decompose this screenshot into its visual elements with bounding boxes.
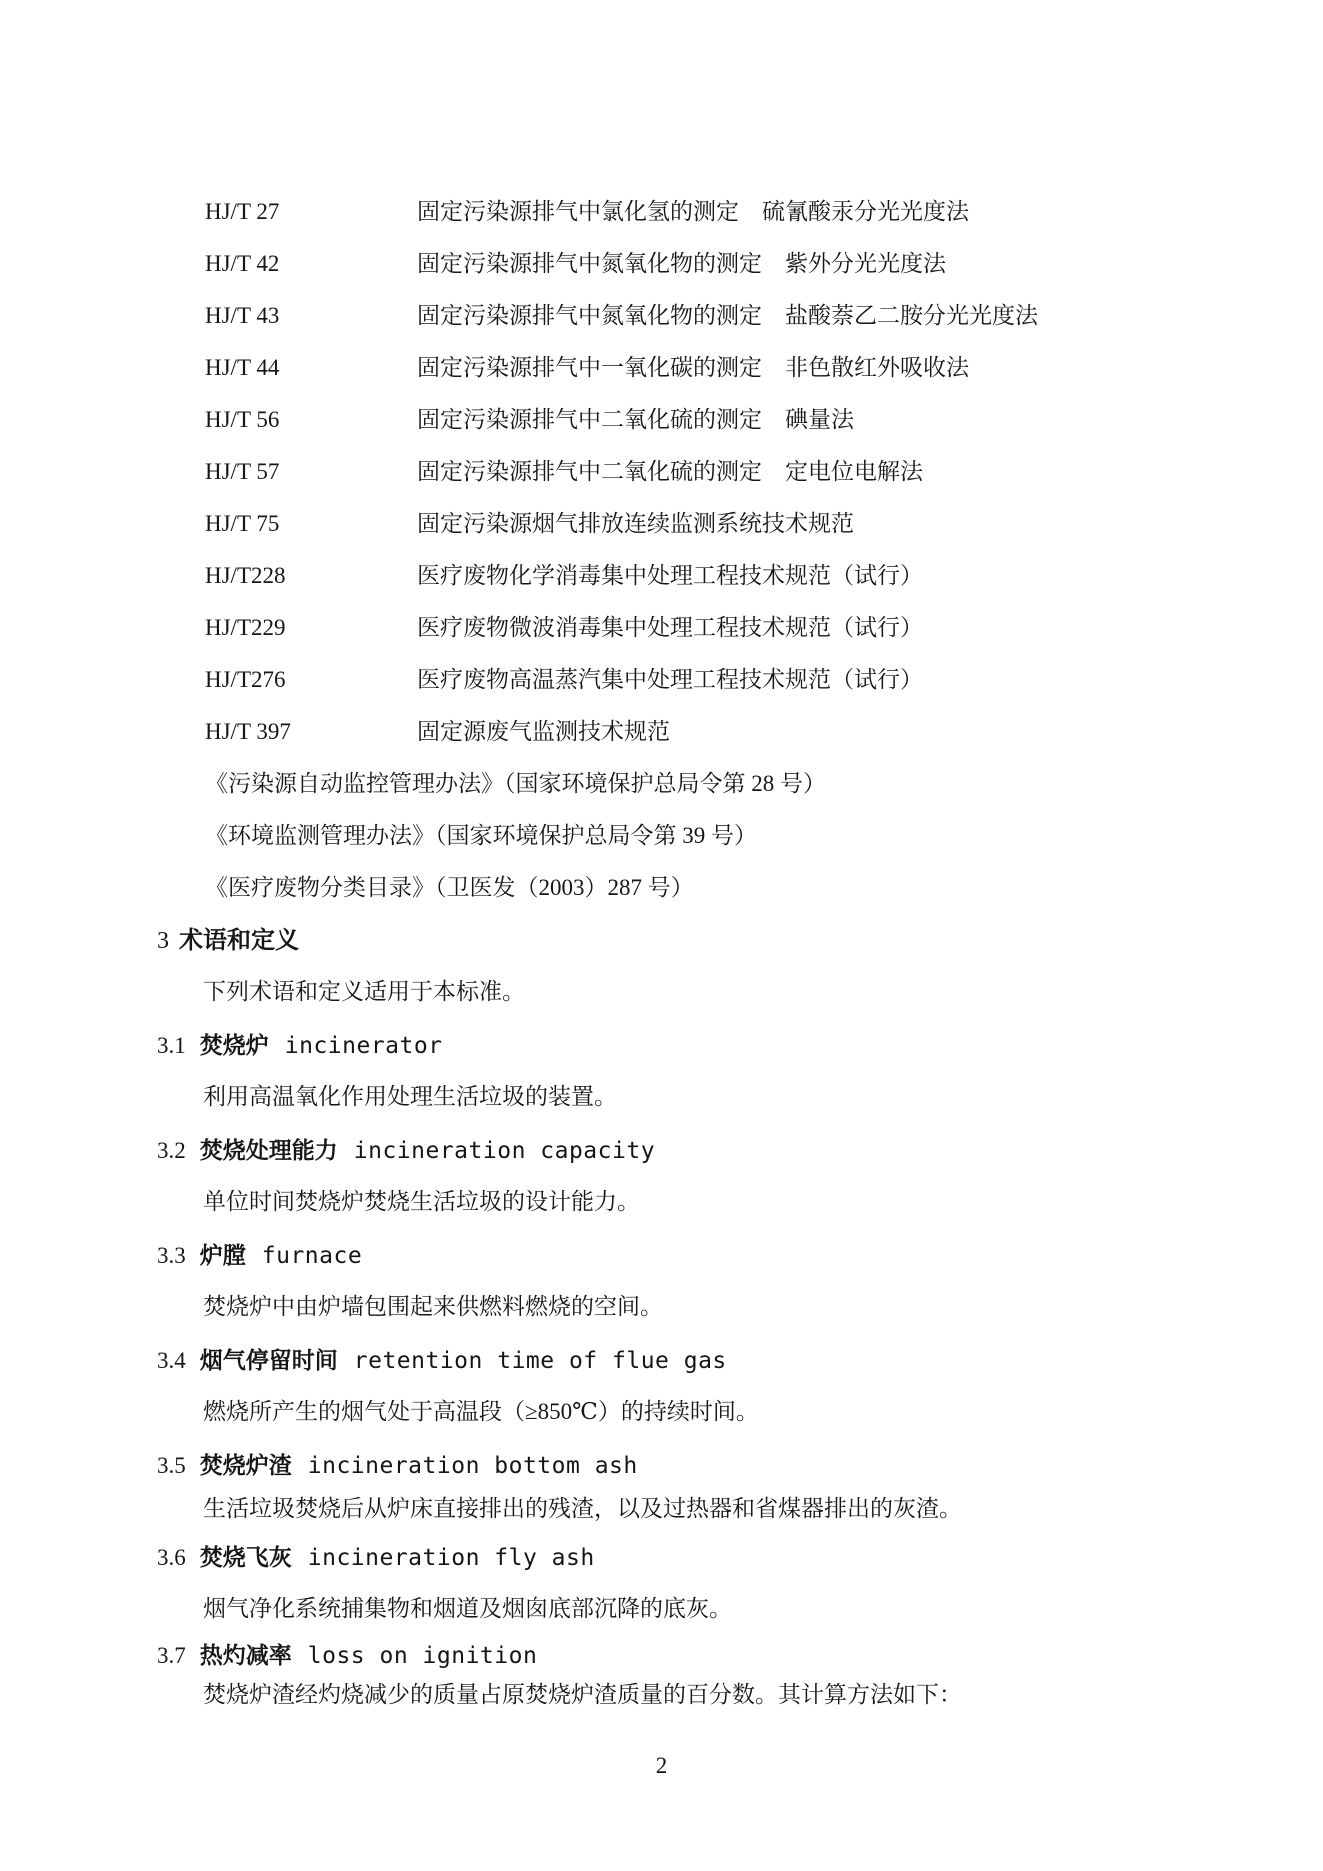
standard-title: 医疗废物化学消毒集中处理工程技术规范（试行）: [417, 562, 923, 590]
term-number: 3.6: [157, 1545, 186, 1570]
term-name-zh: 焚烧炉: [200, 1032, 269, 1058]
term-name-en: incineration capacity: [354, 1138, 655, 1164]
term-number: 3.2: [157, 1138, 186, 1163]
term-name-en: incineration bottom ash: [308, 1453, 638, 1479]
standard-code: HJ/T 75: [205, 510, 417, 538]
regulation-documents-list: 《污染源自动监控管理办法》（国家环境保护总局令第 28 号） 《环境监测管理办法…: [0, 770, 1323, 902]
standard-code: HJ/T 44: [205, 354, 417, 382]
standard-title: 医疗废物微波消毒集中处理工程技术规范（试行）: [417, 614, 923, 642]
standards-reference-list: HJ/T 27 固定污染源排气中氯化氢的测定 硫氰酸汞分光光度法 HJ/T 42…: [0, 0, 1323, 746]
standard-row: HJ/T 57 固定污染源排气中二氧化硫的测定 定电位电解法: [0, 458, 1323, 486]
regulation-doc-line: 《污染源自动监控管理办法》（国家环境保护总局令第 28 号）: [205, 770, 1323, 798]
term-heading: 3.3炉膛furnace: [157, 1240, 1323, 1271]
regulation-doc-line: 《医疗废物分类目录》（卫医发（2003）287 号）: [205, 874, 1323, 902]
standard-row: HJ/T 44 固定污染源排气中一氧化碳的测定 非色散红外吸收法: [0, 354, 1323, 382]
standard-row: HJ/T229 医疗废物微波消毒集中处理工程技术规范（试行）: [0, 614, 1323, 642]
regulation-doc-line: 《环境监测管理办法》（国家环境保护总局令第 39 号）: [205, 822, 1323, 850]
term-name-zh: 焚烧飞灰: [200, 1544, 292, 1570]
standard-row: HJ/T 27 固定污染源排气中氯化氢的测定 硫氰酸汞分光光度法: [0, 198, 1323, 226]
standard-row: HJ/T 56 固定污染源排气中二氧化硫的测定 碘量法: [0, 406, 1323, 434]
standard-code: HJ/T 42: [205, 250, 417, 278]
standard-code: HJ/T228: [205, 562, 417, 590]
term-name-zh: 热灼减率: [200, 1642, 292, 1668]
standard-code: HJ/T 56: [205, 406, 417, 434]
standard-title: 固定源废气监测技术规范: [417, 718, 670, 746]
term-definition: 焚烧炉渣经灼烧减少的质量占原焚烧炉渣质量的百分数。其计算方法如下：: [203, 1681, 1323, 1709]
term-heading: 3.7热灼减率loss on ignition: [157, 1640, 1323, 1671]
term-name-zh: 焚烧炉渣: [200, 1452, 292, 1478]
standard-row: HJ/T 397 固定源废气监测技术规范: [0, 718, 1323, 746]
standard-title: 固定污染源排气中二氧化硫的测定 定电位电解法: [417, 458, 923, 486]
term-name-en: incinerator: [285, 1033, 443, 1059]
standard-row: HJ/T 75 固定污染源烟气排放连续监测系统技术规范: [0, 510, 1323, 538]
term-number: 3.7: [157, 1643, 186, 1668]
standard-code: HJ/T276: [205, 666, 417, 694]
term-name-en: incineration fly ash: [308, 1545, 595, 1571]
document-page: HJ/T 27 固定污染源排气中氯化氢的测定 硫氰酸汞分光光度法 HJ/T 42…: [0, 0, 1323, 1871]
standard-row: HJ/T 43 固定污染源排气中氮氧化物的测定 盐酸萘乙二胺分光光度法: [0, 302, 1323, 330]
term-name-zh: 炉膛: [200, 1242, 246, 1268]
term-definition: 烟气净化系统捕集物和烟道及烟囱底部沉降的底灰。: [203, 1595, 1323, 1623]
term-number: 3.1: [157, 1033, 186, 1058]
standard-code: HJ/T 27: [205, 198, 417, 226]
standard-code: HJ/T229: [205, 614, 417, 642]
section-heading-terms-definitions: 3术语和定义: [157, 926, 1323, 956]
standard-title: 固定污染源排气中氮氧化物的测定 盐酸萘乙二胺分光光度法: [417, 302, 1038, 330]
standard-row: HJ/T 42 固定污染源排气中氮氧化物的测定 紫外分光光度法: [0, 250, 1323, 278]
standard-code: HJ/T 43: [205, 302, 417, 330]
standard-title: 固定污染源排气中氯化氢的测定 硫氰酸汞分光光度法: [417, 198, 969, 226]
section-intro-paragraph: 下列术语和定义适用于本标准。: [203, 978, 1323, 1006]
term-number: 3.4: [157, 1348, 186, 1373]
term-definition: 焚烧炉中由炉墙包围起来供燃料燃烧的空间。: [203, 1293, 1323, 1321]
standard-title: 固定污染源排气中氮氧化物的测定 紫外分光光度法: [417, 250, 946, 278]
term-name-en: loss on ignition: [308, 1643, 538, 1669]
term-heading: 3.1焚烧炉incinerator: [157, 1030, 1323, 1061]
term-definition: 生活垃圾焚烧后从炉床直接排出的残渣，以及过热器和省煤器排出的灰渣。: [203, 1495, 1323, 1523]
term-definition: 单位时间焚烧炉焚烧生活垃圾的设计能力。: [203, 1188, 1323, 1216]
term-heading: 3.6焚烧飞灰incineration fly ash: [157, 1542, 1323, 1573]
standard-row: HJ/T228 医疗废物化学消毒集中处理工程技术规范（试行）: [0, 562, 1323, 590]
term-heading: 3.4烟气停留时间retention time of flue gas: [157, 1345, 1323, 1376]
standard-code: HJ/T 57: [205, 458, 417, 486]
standard-title: 医疗废物高温蒸汽集中处理工程技术规范（试行）: [417, 666, 923, 694]
term-name-en: retention time of flue gas: [354, 1348, 727, 1374]
page-number: 2: [0, 1752, 1323, 1780]
term-name-zh: 焚烧处理能力: [200, 1137, 338, 1163]
term-number: 3.5: [157, 1453, 186, 1478]
section-number: 3: [157, 928, 169, 954]
term-definition: 燃烧所产生的烟气处于高温段（≥850℃）的持续时间。: [203, 1398, 1323, 1426]
term-name-en: furnace: [262, 1243, 362, 1269]
section-title: 术语和定义: [179, 927, 299, 954]
standard-title: 固定污染源排气中一氧化碳的测定 非色散红外吸收法: [417, 354, 969, 382]
term-name-zh: 烟气停留时间: [200, 1347, 338, 1373]
standard-code: HJ/T 397: [205, 718, 417, 746]
term-heading: 3.2焚烧处理能力incineration capacity: [157, 1135, 1323, 1166]
term-definition: 利用高温氧化作用处理生活垃圾的装置。: [203, 1083, 1323, 1111]
standard-row: HJ/T276 医疗废物高温蒸汽集中处理工程技术规范（试行）: [0, 666, 1323, 694]
term-number: 3.3: [157, 1243, 186, 1268]
term-heading: 3.5焚烧炉渣incineration bottom ash: [157, 1450, 1323, 1481]
standard-title: 固定污染源排气中二氧化硫的测定 碘量法: [417, 406, 854, 434]
standard-title: 固定污染源烟气排放连续监测系统技术规范: [417, 510, 854, 538]
